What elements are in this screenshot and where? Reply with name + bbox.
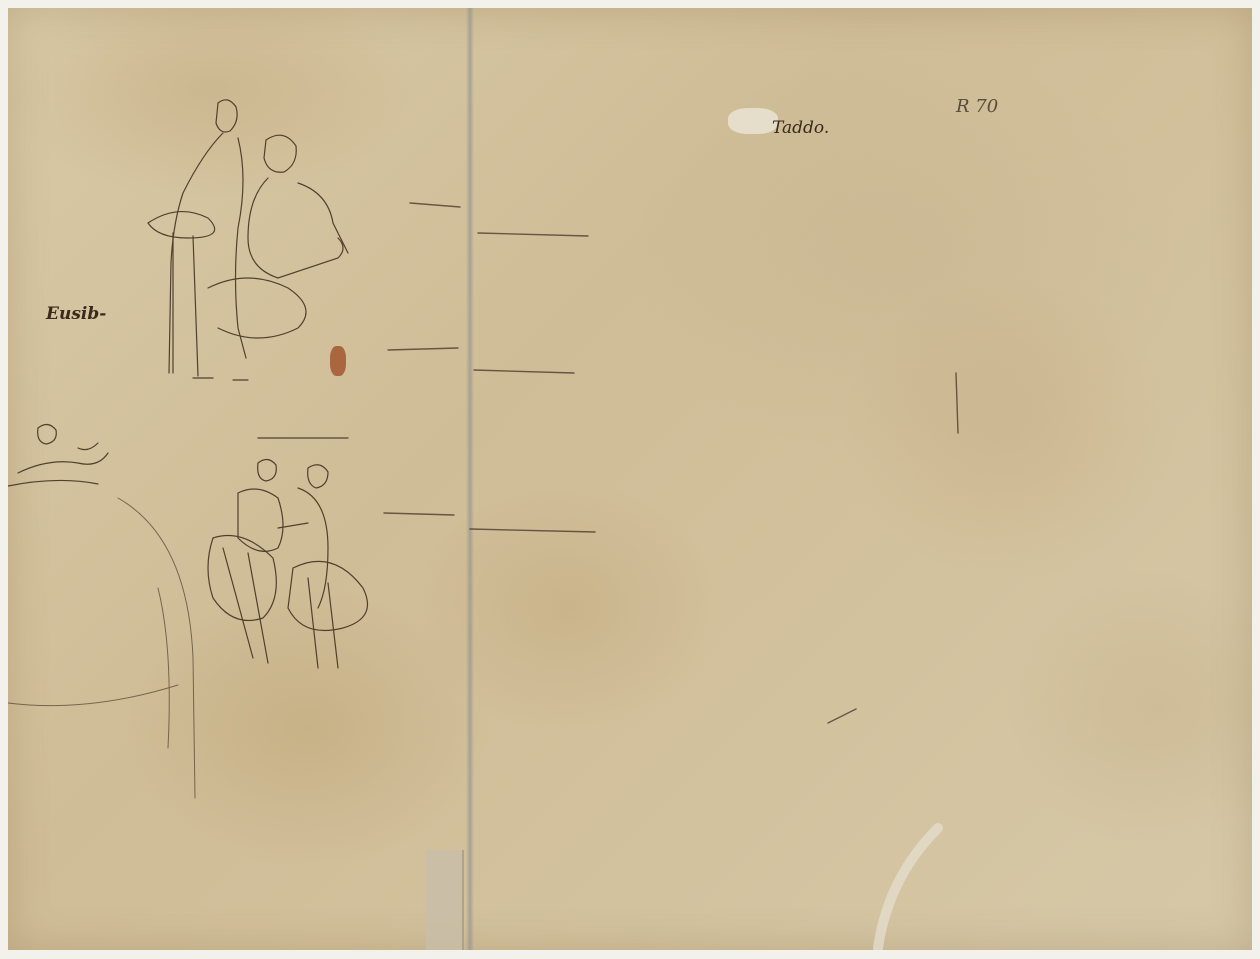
figure-sketches: [8, 8, 1252, 950]
paper-sheet: Taddo. R 70 Eusib-: [8, 8, 1252, 950]
